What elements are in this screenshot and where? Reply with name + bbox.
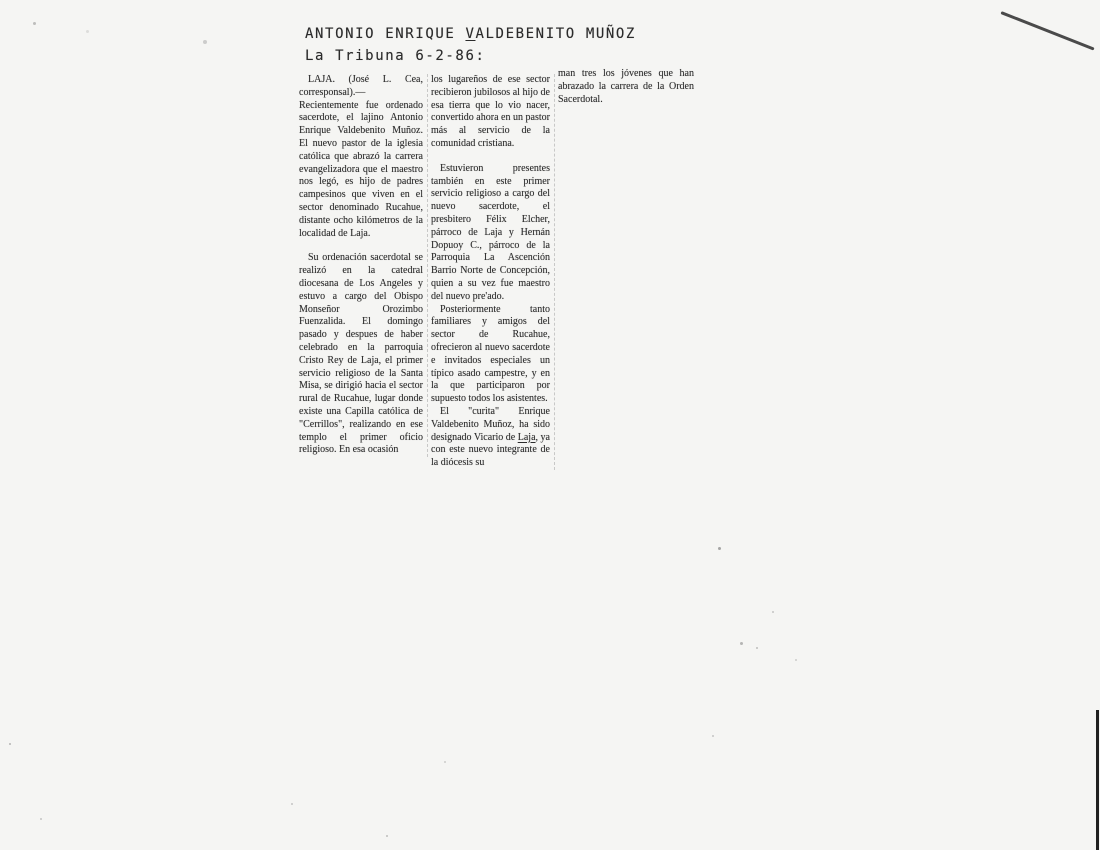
article-paragraph: LAJA. (José L. Cea, corresponsal).— Reci… — [299, 74, 423, 240]
scan-speck — [386, 835, 388, 837]
scan-speck — [712, 735, 714, 737]
scan-speck — [33, 22, 36, 25]
scan-speck — [291, 803, 293, 805]
scanned-page: ANTONIO ENRIQUE VALDEBENITO MUÑOZ La Tri… — [0, 0, 1100, 850]
article-paragraph: Su ordenación sacerdotal se realizó en l… — [299, 252, 423, 457]
scan-speck — [444, 761, 446, 763]
scan-speck — [40, 818, 42, 820]
article-title: ANTONIO ENRIQUE VALDEBENITO MUÑOZ — [305, 26, 636, 48]
scan-speck — [203, 40, 207, 44]
scan-speck — [740, 642, 743, 645]
article-paragraph: El "curita" Enrique Valdebenito Muñoz, h… — [431, 406, 550, 470]
title-text-pre: ANTONIO ENRIQUE — [305, 26, 465, 42]
article-paragraph: los lugareños de ese sector recibieron j… — [431, 74, 550, 151]
scan-speck — [9, 743, 11, 745]
article-column-2: los lugareños de ese sector recibieron j… — [431, 74, 555, 470]
article-paragraph: man tres los jóvenes que han abrazado la… — [558, 68, 694, 106]
underlined-word: Laja — [518, 432, 536, 443]
source-citation: La Tribuna 6-2-86: — [305, 48, 636, 70]
article-paragraph: Posteriormente tanto familiares y amigos… — [431, 304, 550, 406]
scan-speck — [772, 611, 774, 613]
pen-stroke-mark — [1000, 11, 1094, 50]
article-paragraph: Estuvieron presentes también en este pri… — [431, 163, 550, 304]
article-column-1: LAJA. (José L. Cea, corresponsal).— Reci… — [299, 74, 428, 457]
scan-speck — [795, 659, 797, 661]
title-text-post: ALDEBENITO MUÑOZ — [476, 26, 636, 42]
scan-speck — [86, 30, 89, 33]
typed-annotation: ANTONIO ENRIQUE VALDEBENITO MUÑOZ La Tri… — [305, 26, 636, 70]
scan-speck — [718, 547, 721, 550]
scan-edge-artifact — [1096, 710, 1099, 850]
title-text-underlined: V — [465, 26, 475, 42]
scan-speck — [756, 647, 758, 649]
article-column-3: man tres los jóvenes que han abrazado la… — [558, 68, 694, 106]
